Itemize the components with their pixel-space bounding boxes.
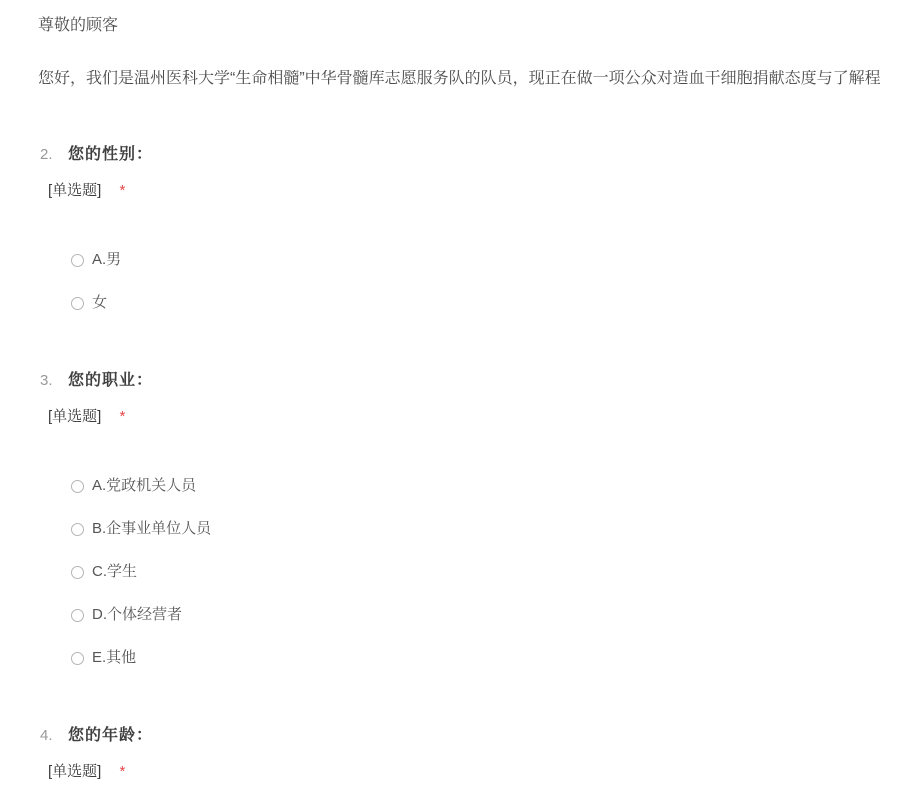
radio-button-icon[interactable]: [71, 523, 84, 536]
questions-list: 2. 您的性别： [单选题] * A.男 女 3. 您的职业： [单选题] * …: [38, 145, 900, 781]
radio-option-label: D.个体经营者: [92, 605, 182, 625]
radio-button-icon[interactable]: [71, 297, 84, 310]
radio-option[interactable]: B.企事业单位人员: [71, 519, 900, 539]
radio-option[interactable]: D.个体经营者: [71, 605, 900, 625]
question-number: 3.: [40, 371, 68, 391]
radio-option[interactable]: E.其他: [71, 648, 900, 668]
required-asterisk: *: [120, 408, 126, 425]
intro-text: 您好，我们是温州医科大学“生命相髓”中华骨髓库志愿服务队的队员，现正在做一项公众…: [38, 70, 900, 87]
question-block: 4. 您的年龄： [单选题] *: [38, 726, 900, 781]
radio-option-label: B.企事业单位人员: [92, 519, 211, 539]
question-block: 2. 您的性别： [单选题] * A.男 女: [38, 145, 900, 313]
question-header: 4. 您的年龄：: [38, 726, 900, 746]
question-type-row: [单选题] *: [48, 181, 900, 200]
radio-option-label: C.学生: [92, 562, 137, 582]
required-asterisk: *: [120, 182, 126, 199]
question-title: 您的性别：: [68, 145, 153, 165]
radio-option[interactable]: C.学生: [71, 562, 900, 582]
question-type-label: [单选题]: [48, 182, 101, 199]
radio-button-icon[interactable]: [71, 652, 84, 665]
radio-option-label: E.其他: [92, 648, 136, 668]
question-type-row: [单选题] *: [48, 762, 900, 781]
question-number: 2.: [40, 145, 68, 165]
question-number: 4.: [40, 726, 68, 746]
question-header: 2. 您的性别：: [38, 145, 900, 165]
radio-option[interactable]: A.党政机关人员: [71, 476, 900, 496]
radio-option-label: A.党政机关人员: [92, 476, 196, 496]
radio-option[interactable]: 女: [71, 293, 900, 313]
options-list: A.党政机关人员 B.企事业单位人员 C.学生 D.个体经营者 E.其他: [71, 476, 900, 668]
question-type-label: [单选题]: [48, 408, 101, 425]
required-asterisk: *: [120, 763, 126, 780]
radio-option-label: A.男: [92, 250, 121, 270]
radio-button-icon[interactable]: [71, 254, 84, 267]
question-title: 您的年龄：: [68, 726, 153, 746]
options-list: A.男 女: [71, 250, 900, 313]
question-title: 您的职业：: [68, 371, 153, 391]
radio-option[interactable]: A.男: [71, 250, 900, 270]
radio-button-icon[interactable]: [71, 566, 84, 579]
question-type-row: [单选题] *: [48, 407, 900, 426]
question-header: 3. 您的职业：: [38, 371, 900, 391]
question-type-label: [单选题]: [48, 763, 101, 780]
radio-button-icon[interactable]: [71, 480, 84, 493]
radio-button-icon[interactable]: [71, 609, 84, 622]
question-block: 3. 您的职业： [单选题] * A.党政机关人员 B.企事业单位人员 C.学生…: [38, 371, 900, 668]
radio-option-label: 女: [92, 293, 107, 313]
greeting-text: 尊敬的顾客: [38, 17, 900, 34]
survey-page: 尊敬的顾客 您好，我们是温州医科大学“生命相髓”中华骨髓库志愿服务队的队员，现正…: [0, 0, 900, 781]
